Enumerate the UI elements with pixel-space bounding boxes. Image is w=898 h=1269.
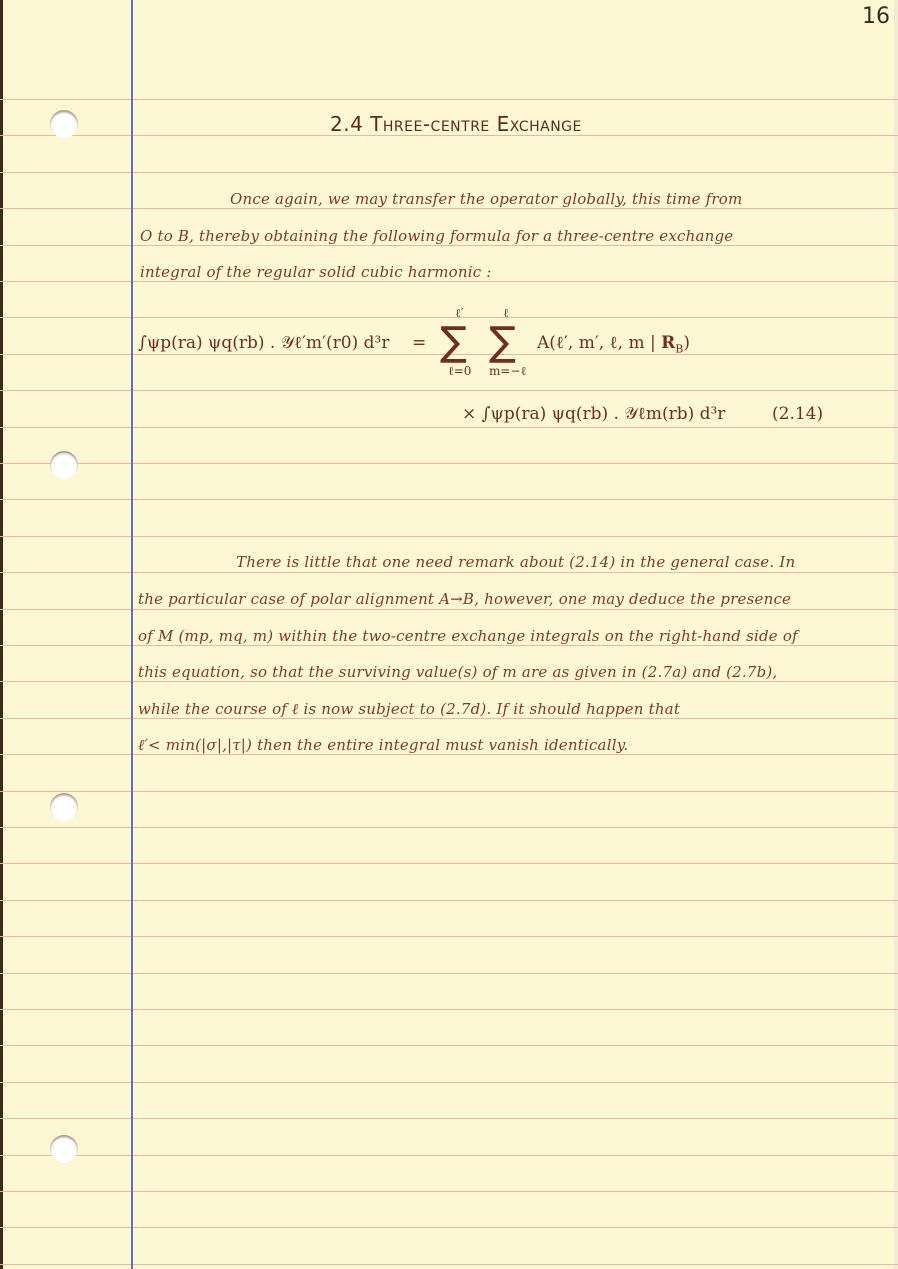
paragraph-2-line: There is little that one need remark abo… xyxy=(236,553,795,571)
ruled-line xyxy=(0,1009,898,1010)
paragraph-1-line: O to B, thereby obtaining the following … xyxy=(140,227,733,245)
paragraph-1-line: integral of the regular solid cubic harm… xyxy=(140,263,492,281)
paragraph-2-line: ℓ′< min(|σ|,|τ|) then the entire integra… xyxy=(138,736,628,755)
ruled-line xyxy=(0,1227,898,1228)
ruled-line xyxy=(0,317,898,318)
ruled-line xyxy=(0,281,898,282)
ruled-line xyxy=(0,536,898,537)
page-number: 16 xyxy=(862,4,890,29)
ruled-line xyxy=(0,1045,898,1046)
ruled-line xyxy=(0,499,898,500)
summation-symbol: ∑ xyxy=(489,322,516,362)
page-edge-right xyxy=(894,0,898,1269)
paragraph-2-line: while the course of ℓ is now subject to … xyxy=(138,700,680,719)
equation-number: (2.14) xyxy=(772,404,823,424)
sum1-lower-limit: ℓ=0 xyxy=(448,364,471,379)
ruled-line xyxy=(0,863,898,864)
ruled-line xyxy=(0,681,898,682)
ruled-line xyxy=(0,1191,898,1192)
page-edge xyxy=(0,0,3,1269)
ruled-line xyxy=(0,791,898,792)
equation-lhs: ∫ψp(ra) ψq(rb) . 𝒴ℓ′m′(r0) d³r xyxy=(138,333,389,353)
ruled-line xyxy=(0,245,898,246)
summation-symbol: ∑ xyxy=(440,322,467,362)
ruled-line xyxy=(0,99,898,100)
ruled-line xyxy=(0,900,898,901)
ruled-line xyxy=(0,827,898,828)
punch-hole xyxy=(50,793,78,821)
sum2-lower-limit: m=−ℓ xyxy=(489,364,526,379)
ruled-line xyxy=(0,1264,898,1265)
ruled-line xyxy=(0,936,898,937)
ruled-line xyxy=(0,609,898,610)
equation-equals: = xyxy=(412,333,426,353)
ruled-line xyxy=(0,973,898,974)
ruled-line xyxy=(0,463,898,464)
paragraph-2-line: of M (mp, mq, m) within the two-centre e… xyxy=(138,627,798,645)
section-title: 2.4 Three-centre Exchange xyxy=(330,112,582,136)
ruled-line xyxy=(0,1155,898,1156)
paragraph-1-line: Once again, we may transfer the operator… xyxy=(230,190,742,208)
ruled-line xyxy=(0,427,898,428)
ruled-line xyxy=(0,572,898,573)
ruled-line xyxy=(0,645,898,646)
ruled-line xyxy=(0,172,898,173)
notebook-page: 16 2.4 Three-centre Exchange Once again,… xyxy=(0,0,898,1269)
paragraph-2-line: the particular case of polar alignment A… xyxy=(138,590,791,608)
ruled-line xyxy=(0,208,898,209)
coefficient-A: A(ℓ′, m′, ℓ, m | RB) xyxy=(537,333,690,355)
punch-hole xyxy=(50,1135,78,1163)
equation-rhs-integral: × ∫ψp(ra) ψq(rb) . 𝒴ℓm(rb) d³r xyxy=(462,404,725,424)
ruled-line xyxy=(0,390,898,391)
punch-hole xyxy=(50,110,78,138)
ruled-line xyxy=(0,1118,898,1119)
punch-hole xyxy=(50,451,78,479)
paragraph-2-line: this equation, so that the surviving val… xyxy=(138,663,777,681)
margin-line xyxy=(131,0,133,1269)
ruled-line xyxy=(0,1082,898,1083)
